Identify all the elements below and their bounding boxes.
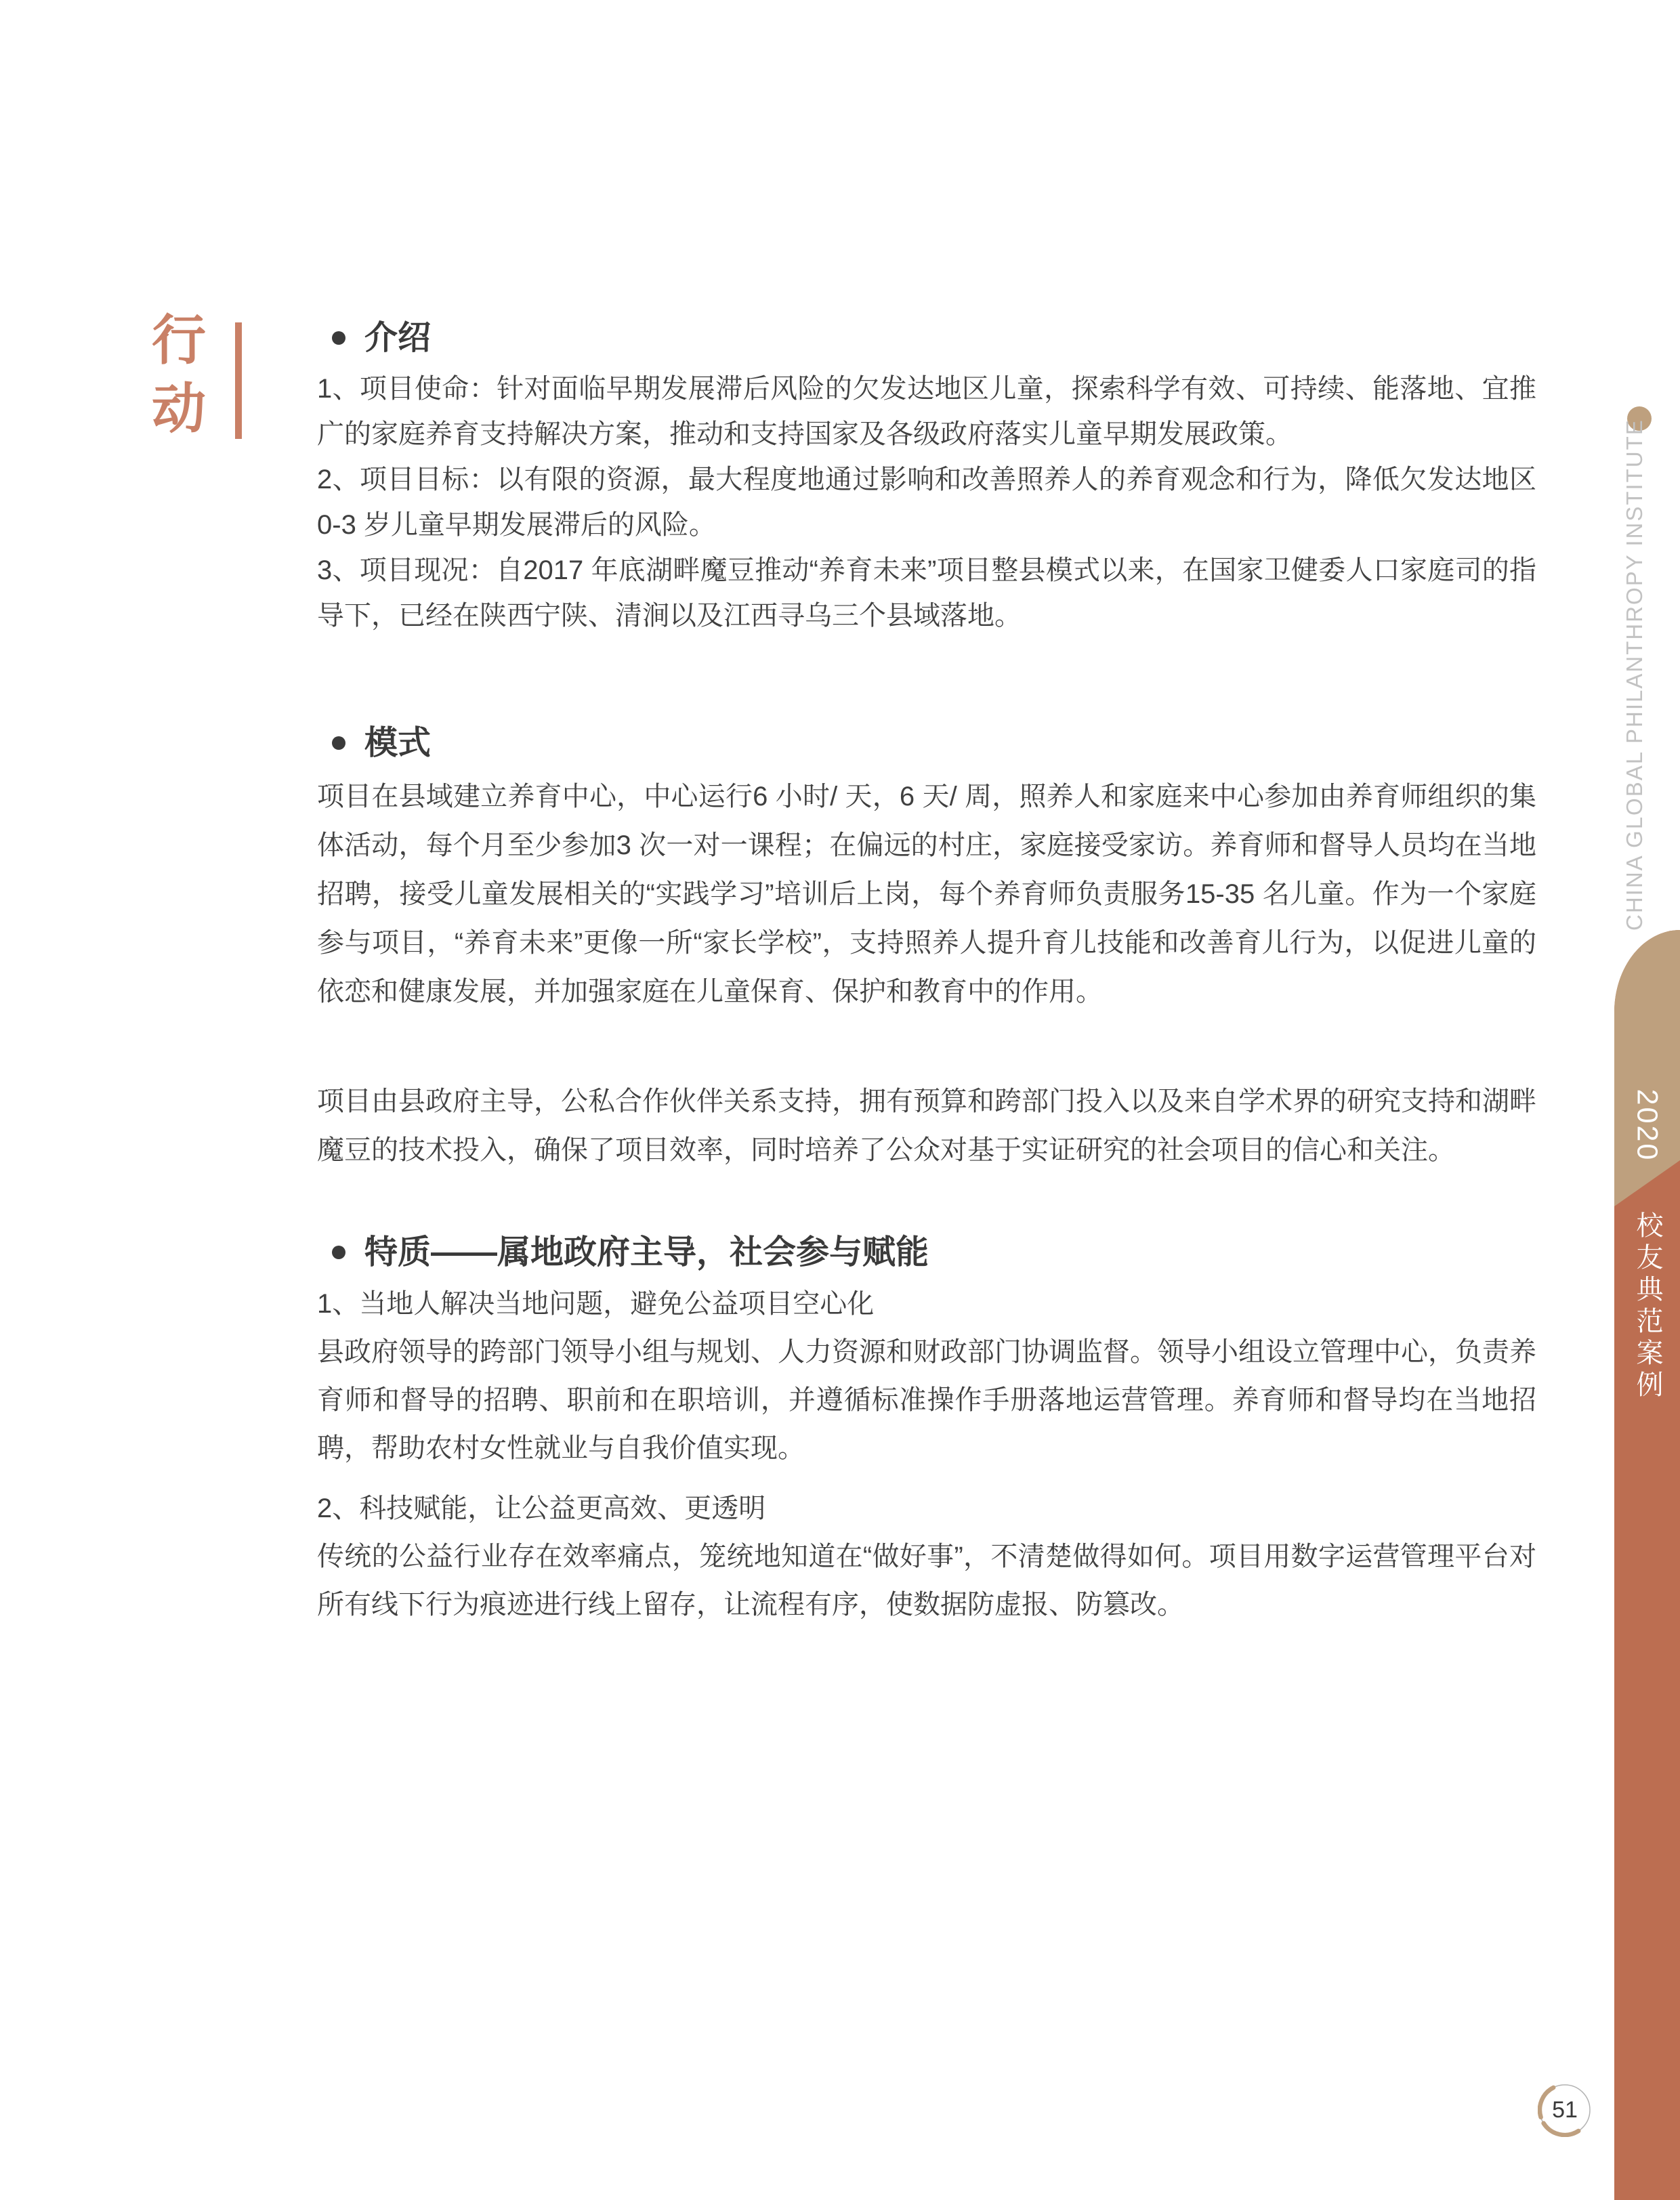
chapter-vertical-rule [235,322,242,439]
section-intro-heading-text: 介绍 [364,318,431,358]
edition-year: 2020 [1631,1085,1664,1166]
chapter-label-action: 行 动 [149,306,209,443]
intro-paragraph-status: 3、项目现况：自2017 年底湖畔魔豆推动“养育未来”项目整县模式以来，在国家卫… [317,548,1536,639]
document-page: 行 动 介绍 1、项目使命：针对面临早期发展滞后风险的欠发达地区儿童，探索科学有… [0,0,1680,2200]
page-number-badge: 51 [1538,2083,1592,2137]
institute-vertical-text: CHINA GLOBAL PHILANTHROPY INSTITUTE [1622,450,1649,931]
traits-item1-title: 1、当地人解决当地问题，避免公益项目空心化 [317,1280,1536,1328]
bullet-icon [332,736,345,750]
section-traits-heading-text: 特质——属地政府主导，社会参与赋能 [364,1233,929,1272]
section-traits: 特质——属地政府主导，社会参与赋能 1、当地人解决当地问题，避免公益项目空心化 … [317,1233,1536,1629]
bullet-icon [332,331,345,345]
bullet-icon [332,1246,345,1259]
section-traits-heading: 特质——属地政府主导，社会参与赋能 [317,1233,1536,1272]
chapter-label-char-2: 动 [149,375,209,443]
edition-ribbon: 2020 校友典范案例 [1614,930,1680,2200]
section-model-heading-text: 模式 [364,723,431,763]
traits-item1-body: 县政府领导的跨部门领导小组与规划、人力资源和财政部门协调监督。领导小组设立管理中… [317,1328,1536,1473]
model-paragraph-operations: 项目在县域建立养育中心，中心运行6 小时/ 天，6 天/ 周，照养人和家庭来中心… [317,772,1536,1016]
edition-ribbon-year-band [1614,930,1680,1214]
section-model-heading: 模式 [317,723,1536,763]
section-intro: 介绍 1、项目使命：针对面临早期发展滞后风险的欠发达地区儿童，探索科学有效、可持… [317,318,1536,639]
intro-paragraph-mission: 1、项目使命：针对面临早期发展滞后风险的欠发达地区儿童，探索科学有效、可持续、能… [317,366,1536,457]
traits-item2-title: 2、科技赋能，让公益更高效、更透明 [317,1485,1536,1533]
page-number: 51 [1538,2083,1592,2137]
traits-item2-body: 传统的公益行业存在效率痛点，笼统地知道在“做好事”，不清楚做得如何。项目用数字运… [317,1533,1536,1629]
section-intro-heading: 介绍 [317,318,1536,358]
intro-paragraph-goal: 2、项目目标：以有限的资源，最大程度地通过影响和改善照养人的养育观念和行为，降低… [317,457,1536,548]
section-model: 模式 项目在县域建立养育中心，中心运行6 小时/ 天，6 天/ 周，照养人和家庭… [317,723,1536,1175]
chapter-label-char-1: 行 [149,306,209,375]
edition-ribbon-label: 校友典范案例 [1629,1211,1667,1402]
model-paragraph-governance: 项目由县政府主导，公私合作伙伴关系支持，拥有预算和跨部门投入以及来自学术界的研究… [317,1077,1536,1175]
